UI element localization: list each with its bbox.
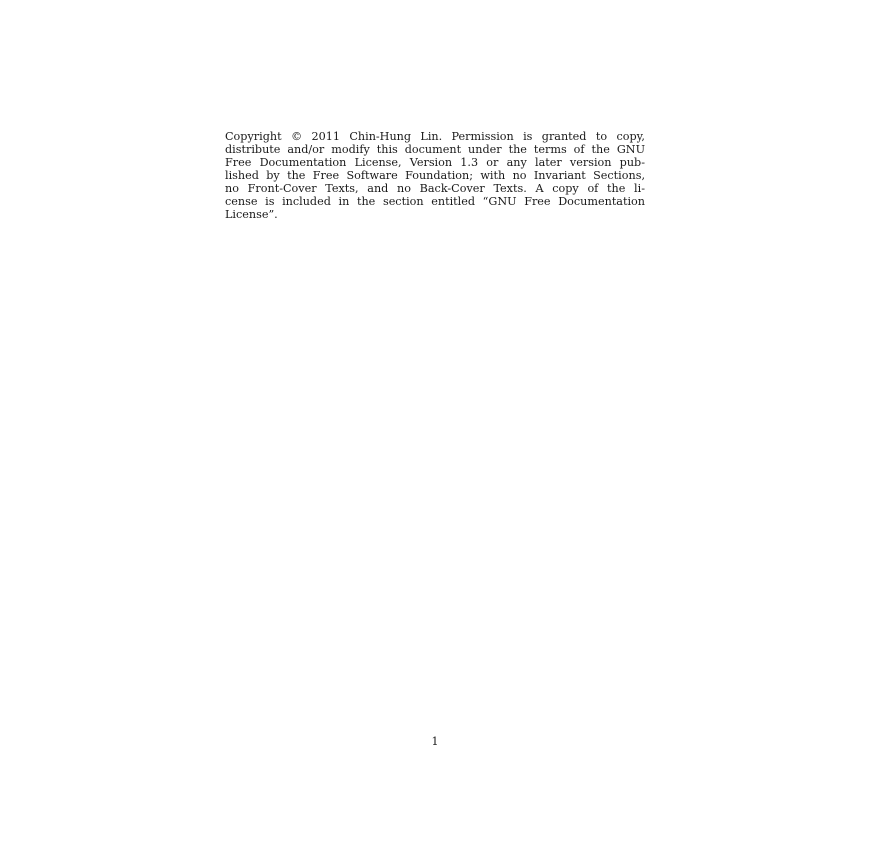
copyright-line-5: no Front-Cover Texts, and no Back-Cover … — [225, 182, 645, 195]
copyright-notice: Copyright © 2011 Chin-Hung Lin. Permissi… — [225, 130, 645, 221]
copyright-line-3: Free Documentation License, Version 1.3 … — [225, 156, 645, 169]
document-page: Copyright © 2011 Chin-Hung Lin. Permissi… — [0, 0, 870, 842]
copyright-line-1: Copyright © 2011 Chin-Hung Lin. Permissi… — [225, 130, 645, 143]
copyright-line-4: lished by the Free Software Foundation; … — [225, 169, 645, 182]
page-number: 1 — [0, 735, 870, 748]
copyright-line-7: License”. — [225, 208, 645, 221]
copyright-line-2: distribute and/or modify this document u… — [225, 143, 645, 156]
copyright-line-6: cense is included in the section entitle… — [225, 195, 645, 208]
